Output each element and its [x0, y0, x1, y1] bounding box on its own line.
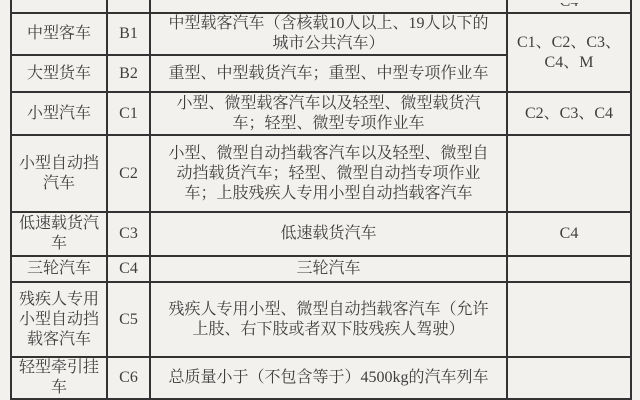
code-cell: C2: [107, 135, 150, 212]
vehicle-type-cell: 小型自动挡 汽车: [11, 135, 107, 212]
table-row: 三轮汽车 C4 三轮汽车: [11, 256, 631, 282]
code-cell: C5: [107, 282, 150, 357]
permitted-cell: C2、C3、C4: [507, 92, 631, 135]
description-cell: 总质量小于（不包含等于）4500kg的汽车列车: [150, 357, 507, 399]
code-cell: [107, 0, 150, 13]
description-cell: 重型、中型载货汽车；重型、中型专项作业车: [150, 55, 507, 92]
cut-off-text: C4: [512, 3, 626, 10]
table-row: 中型客车 B1 中型载客汽车（含核载10人以上、19人以下的 城市公共汽车） C…: [11, 13, 631, 55]
vehicle-type-cell: 中型客车: [11, 13, 107, 55]
permitted-cell: [507, 357, 631, 399]
document-page: C4 中型客车 B1 中型载客汽车（含核载10人以上、19人以下的 城市公共汽车…: [0, 0, 640, 400]
vehicle-type-cell: [11, 0, 107, 13]
vehicle-type-cell: 三轮汽车: [11, 256, 107, 282]
permitted-cell: C1、C2、C3、 C4、M: [507, 13, 631, 92]
vehicle-type-cell: 低速载货汽 车: [11, 212, 107, 256]
description-cell: 三轮汽车: [150, 256, 507, 282]
permitted-cell: C4: [507, 0, 631, 13]
permitted-cell: [507, 282, 631, 357]
description-cell: 小型、微型自动挡载客汽车以及轻型、微型自 动挡载货汽车；轻型、微型自动挡专项作业…: [150, 135, 507, 212]
code-cell: B2: [107, 55, 150, 92]
description-cell: 低速载货汽车: [150, 212, 507, 256]
vehicle-type-cell: 小型汽车: [11, 92, 107, 135]
code-cell: C3: [107, 212, 150, 256]
code-cell: C6: [107, 357, 150, 399]
table-row: 低速载货汽 车 C3 低速载货汽车 C4: [11, 212, 631, 256]
description-cell: 中型载客汽车（含核载10人以上、19人以下的 城市公共汽车）: [150, 13, 507, 55]
code-cell: C4: [107, 256, 150, 282]
table-row: C4: [11, 0, 631, 13]
table-row: 残疾人专用 小型自动挡 载客汽车 C5 残疾人专用小型、微型自动挡载客汽车（允许…: [11, 282, 631, 357]
vehicle-type-cell: 轻型牵引挂 车: [11, 357, 107, 399]
license-category-table: C4 中型客车 B1 中型载客汽车（含核载10人以上、19人以下的 城市公共汽车…: [10, 0, 632, 400]
vehicle-type-cell: 大型货车: [11, 55, 107, 92]
description-cell: [150, 0, 507, 13]
table-row: 小型汽车 C1 小型、微型载客汽车以及轻型、微型载货汽 车；轻型、微型专项作业车…: [11, 92, 631, 135]
permitted-cell: [507, 135, 631, 212]
permitted-cell: [507, 256, 631, 282]
description-cell: 残疾人专用小型、微型自动挡载客汽车（允许 上肢、右下肢或者双下肢残疾人驾驶）: [150, 282, 507, 357]
permitted-cell: C4: [507, 212, 631, 256]
description-cell: 小型、微型载客汽车以及轻型、微型载货汽 车；轻型、微型专项作业车: [150, 92, 507, 135]
table-row: 小型自动挡 汽车 C2 小型、微型自动挡载客汽车以及轻型、微型自 动挡载货汽车；…: [11, 135, 631, 212]
vehicle-type-cell: 残疾人专用 小型自动挡 载客汽车: [11, 282, 107, 357]
code-cell: C1: [107, 92, 150, 135]
table-row: 轻型牵引挂 车 C6 总质量小于（不包含等于）4500kg的汽车列车: [11, 357, 631, 399]
code-cell: B1: [107, 13, 150, 55]
